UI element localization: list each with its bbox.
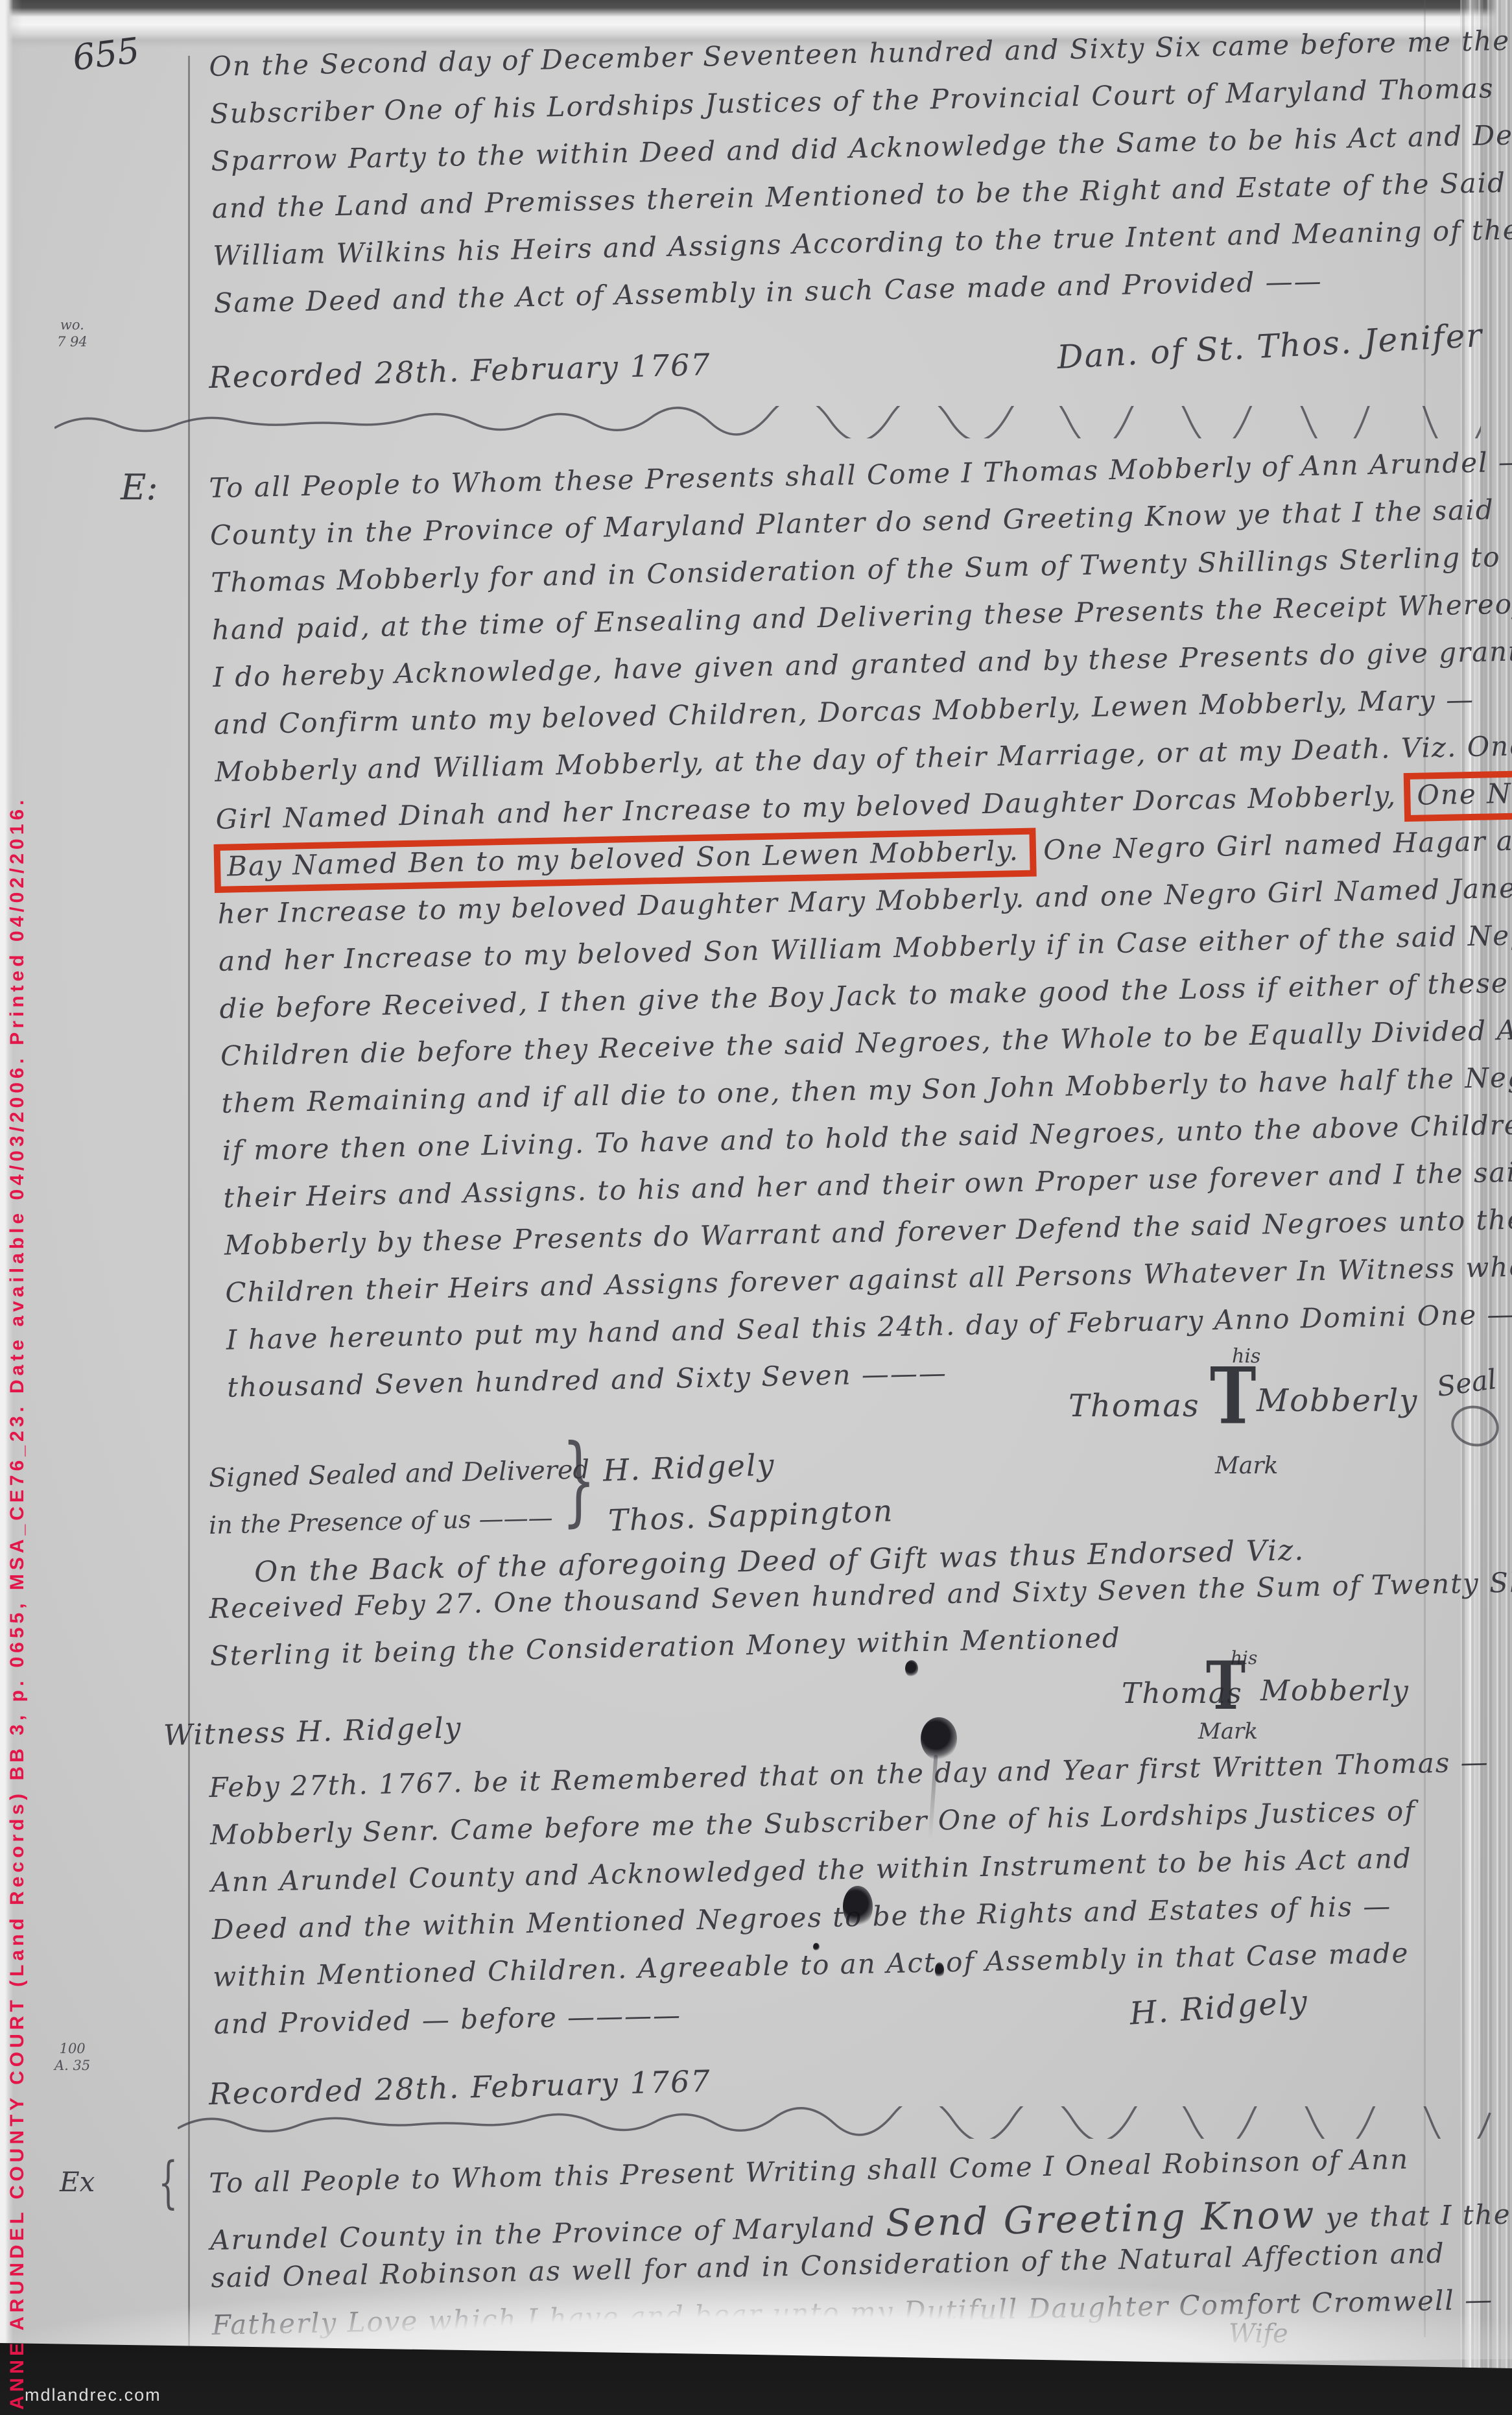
mark-label: Mark	[1215, 1453, 1278, 1479]
margin-rule-line	[188, 56, 190, 2359]
recorded-date-line: Recorded 28th. February 1767	[208, 347, 711, 395]
signature-first-name: Thomas	[1069, 1388, 1200, 1424]
scanned-document-page: 655 wo. 7 94 100 A. 35 On the Second day…	[0, 0, 1512, 2415]
ink-blot	[905, 1660, 918, 1677]
margin-brace: {	[158, 2150, 178, 2215]
margin-note-line: A. 35	[54, 2057, 90, 2074]
witness-signature-sappington: Thos. Sappington	[608, 1493, 894, 1538]
margin-note-folio-2: 100 A. 35	[54, 2040, 90, 2074]
witness-line: Witness H. Ridgely	[163, 1711, 462, 1752]
witness-attestation-line: in the Presence of us ———	[209, 1503, 554, 1540]
ink-blot	[921, 1717, 957, 1760]
doc-line-text: Feby 27th. 1767. be it Remembered that o…	[209, 1746, 1489, 1803]
doc-line-text: To all People to Whom these Presents sha…	[209, 446, 1512, 504]
justice-signature: Dan. of St. Thos. Jenifer	[1056, 316, 1484, 376]
deed-of-gift-entry: To all People to Whom these Presents sha…	[209, 447, 1498, 1419]
doc-line-text: ye that I the	[1316, 2198, 1511, 2234]
wavy-separator	[178, 2106, 1500, 2139]
mark-label: Mark	[1198, 1719, 1258, 1744]
signature-mark-glyph: T	[1206, 1647, 1246, 1725]
margin-entry-mark: E:	[121, 467, 158, 508]
signature-surname: Mobberly	[1260, 1674, 1410, 1707]
doc-line-text: To all People to Whom this Present Writi…	[209, 2143, 1410, 2199]
witness-signature-ridgely: H. Ridgely	[602, 1447, 775, 1488]
doc-line-text: Send Greeting Know	[885, 2193, 1316, 2245]
signature-mark-glyph: T	[1210, 1350, 1256, 1442]
margin-entry-mark: Ex	[60, 2166, 95, 2198]
search-highlight-box: One Negro	[1404, 769, 1512, 822]
recorded-date-line: Recorded 28th. February 1767	[208, 2064, 711, 2112]
ink-blot	[843, 1886, 873, 1927]
mdlandrec-watermark: mdlandrec.com	[25, 2385, 161, 2405]
archive-citation-label: ANNE ARUNDEL COUNTY COURT (Land Records)…	[6, 711, 29, 2410]
witness-attestation-line: Signed Sealed and Delivered	[209, 1455, 590, 1493]
wavy-separator	[54, 406, 1481, 438]
witness-brace: }	[561, 1424, 595, 1537]
court-acknowledgment-entry: On the Second day of December Seventeen …	[209, 25, 1485, 335]
page-number: 655	[71, 30, 142, 78]
ink-blot	[813, 1943, 820, 1951]
margin-note-line: 100	[54, 2040, 90, 2057]
signature-surname: Mobberly	[1257, 1383, 1418, 1419]
doc-line-text: Arundel County in the Province of Maryla…	[210, 2211, 886, 2256]
margin-note-line: 7 94	[57, 333, 88, 350]
ink-blot	[935, 1962, 944, 1978]
margin-note-folio: wo. 7 94	[57, 316, 88, 350]
margin-note-line: wo.	[57, 316, 88, 333]
